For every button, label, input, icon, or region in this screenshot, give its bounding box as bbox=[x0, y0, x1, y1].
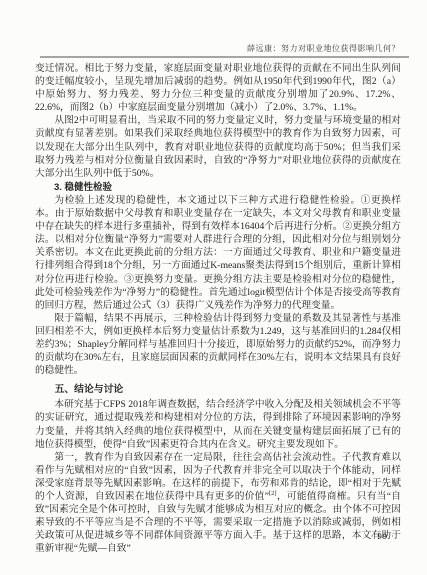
subsection-heading-robustness: 3. 稳健性检验 bbox=[35, 181, 401, 194]
running-header: 薛远康：努力对职业地位获得影响几何？ bbox=[36, 44, 400, 54]
page-number: · 99 · bbox=[371, 531, 395, 541]
body-paragraph-conclusion-intro: 本研究基于CFPS 2018年调查数据，结合经济学中收入分配及相关领域机会不平等… bbox=[35, 398, 401, 450]
body-paragraph-figure2-discussion: 从图2中可明显看出，当采取不同的努力变量定义时，努力变量与环境变量的相对贡献度有… bbox=[35, 114, 401, 179]
page-body: 变迁情况。相比于努力变量，家庭层面变量对职业地位获得的贡献在不同出生队列间的变迁… bbox=[35, 62, 401, 555]
section-heading-conclusion: 五、结论与讨论 bbox=[35, 383, 401, 396]
running-header-title: 薛远康：努力对职业地位获得影响几何？ bbox=[247, 44, 400, 53]
journal-page: 薛远康：努力对职业地位获得影响几何？ 变迁情况。相比于努力变量，家庭层面变量对职… bbox=[0, 0, 427, 575]
body-paragraph-robustness-methods: 为检验上述发现的稳健性，本文通过以下三种方式进行稳健性检验。①更换样本。由于原始… bbox=[35, 194, 401, 312]
body-paragraph-robustness-results: 限于篇幅，结果不再展示，三种检验估计得到努力变量的系数及其显著性与基准回归相差不… bbox=[35, 312, 401, 377]
header-rule bbox=[40, 56, 409, 58]
footnote-ref-2: [2] bbox=[269, 490, 277, 497]
body-paragraph-finding1: 第一，教育作为自致因素存在一定局限，往往会高估社会流动性。子代教育难以看作与先赋… bbox=[35, 451, 401, 556]
body-paragraph-continuation: 变迁情况。相比于努力变量，家庭层面变量对职业地位获得的贡献在不同出生队列间的变迁… bbox=[35, 62, 401, 114]
